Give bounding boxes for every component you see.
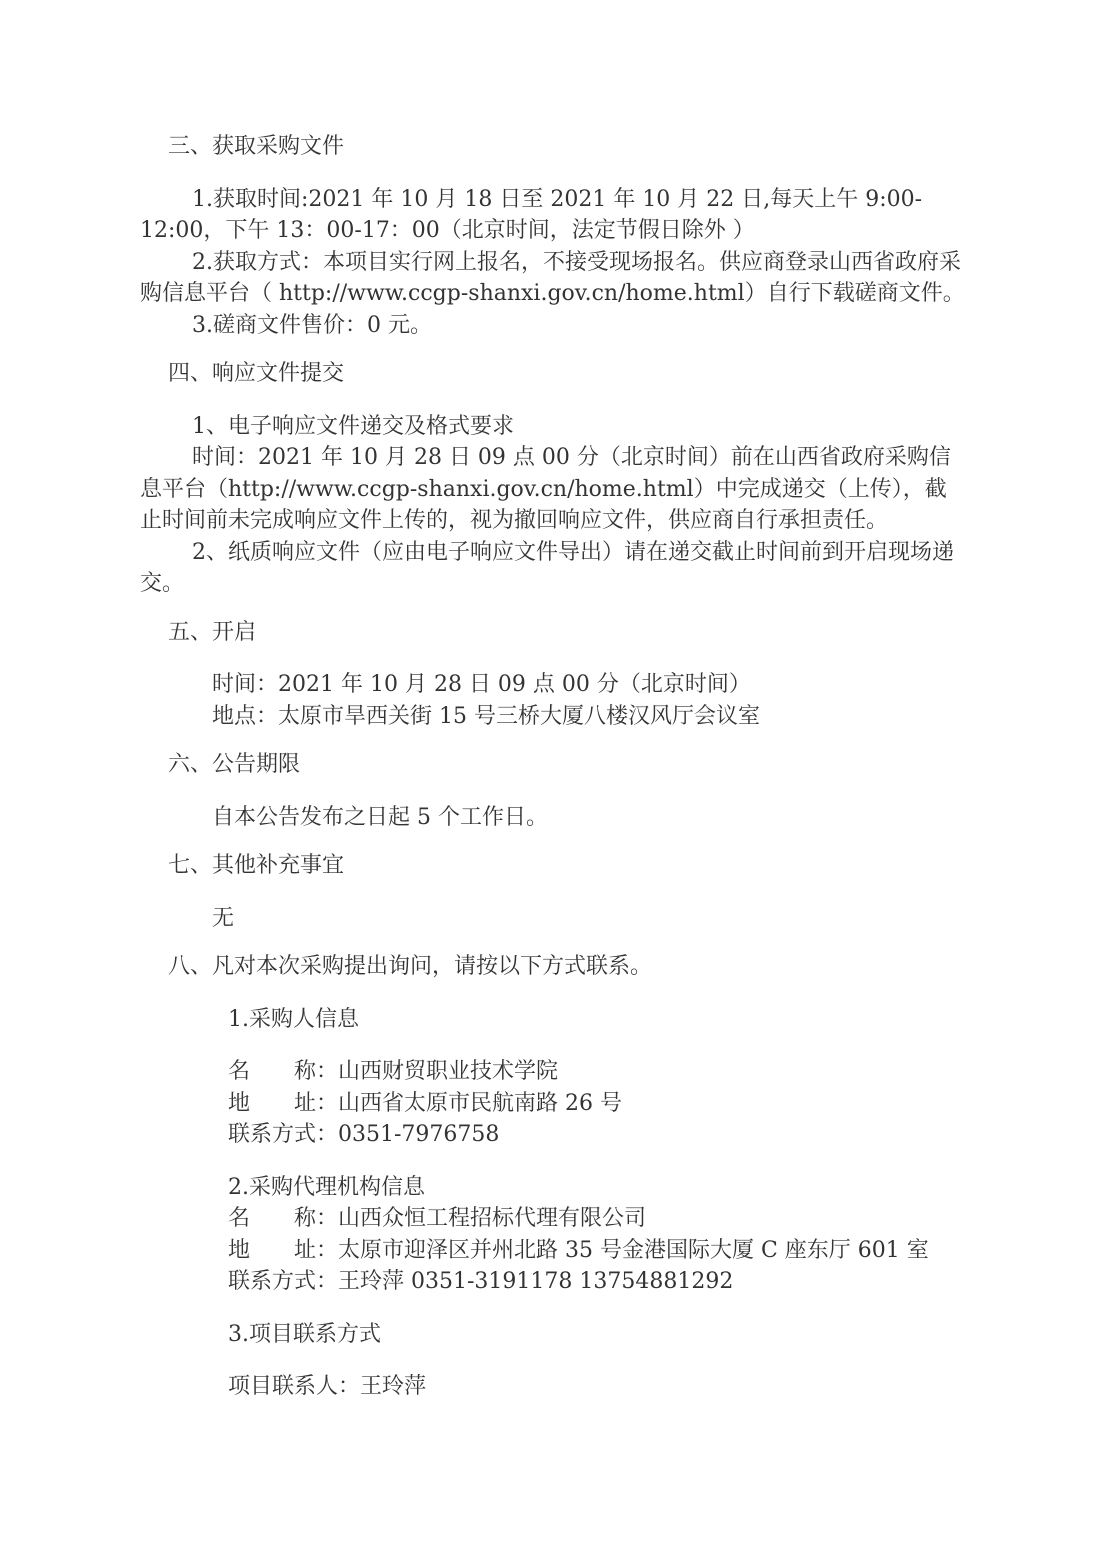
section-heading: 七、其他补充事宜 xyxy=(140,850,968,882)
project-contact-title: 3.项目联系方式 xyxy=(140,1319,968,1351)
project-contact-person: 项目联系人：王玲萍 xyxy=(140,1371,968,1403)
paragraph-paper-response: 2、纸质响应文件（应由电子响应文件导出）请在递交截止时间前到开启现场递交。 xyxy=(140,537,968,600)
paragraph-document-price: 3.磋商文件售价：0 元。 xyxy=(140,310,968,342)
section-heading: 八、凡对本次采购提出询问，请按以下方式联系。 xyxy=(140,951,968,983)
section-contact-info: 八、凡对本次采购提出询问，请按以下方式联系。 1.采购人信息 名 称：山西财贸职… xyxy=(140,951,968,1403)
agency-info-block: 2.采购代理机构信息 名 称：山西众恒工程招标代理有限公司 地 址：太原市迎泽区… xyxy=(140,1172,968,1298)
section-announcement-period: 六、公告期限 自本公告发布之日起 5 个工作日。 xyxy=(140,749,968,833)
purchaser-contact: 联系方式：0351-7976758 xyxy=(140,1119,968,1151)
purchaser-info-title: 1.采购人信息 xyxy=(140,1004,968,1036)
agency-info-title: 2.采购代理机构信息 xyxy=(140,1172,968,1204)
section-heading: 三、获取采购文件 xyxy=(140,131,968,163)
other-matters-text: 无 xyxy=(140,903,968,935)
section-other-matters: 七、其他补充事宜 无 xyxy=(140,850,968,934)
purchaser-info-block: 1.采购人信息 名 称：山西财贸职业技术学院 地 址：山西省太原市民航南路 26… xyxy=(140,1004,968,1151)
section-opening: 五、开启 时间：2021 年 10 月 28 日 09 点 00 分（北京时间）… xyxy=(140,617,968,733)
project-contact-block: 3.项目联系方式 项目联系人：王玲萍 xyxy=(140,1319,968,1403)
procurement-announcement-page: 三、获取采购文件 1.获取时间:2021 年 10 月 18 日至 2021 年… xyxy=(0,0,1102,1559)
announcement-period-text: 自本公告发布之日起 5 个工作日。 xyxy=(140,802,968,834)
section-heading: 五、开启 xyxy=(140,617,968,649)
purchaser-name: 名 称：山西财贸职业技术学院 xyxy=(140,1056,968,1088)
paragraph-obtain-time: 1.获取时间:2021 年 10 月 18 日至 2021 年 10 月 22 … xyxy=(140,184,968,247)
section-heading: 六、公告期限 xyxy=(140,749,968,781)
paragraph-electronic-response-detail: 时间：2021 年 10 月 28 日 09 点 00 分（北京时间）前在山西省… xyxy=(140,442,968,537)
section-response-submission: 四、响应文件提交 1、电子响应文件递交及格式要求 时间：2021 年 10 月 … xyxy=(140,358,968,600)
opening-location: 地点：太原市旱西关街 15 号三桥大厦八楼汉风厅会议室 xyxy=(140,701,968,733)
agency-contact: 联系方式：王玲萍 0351-3191178 13754881292 xyxy=(140,1266,968,1298)
section-obtain-documents: 三、获取采购文件 1.获取时间:2021 年 10 月 18 日至 2021 年… xyxy=(140,131,968,341)
agency-name: 名 称：山西众恒工程招标代理有限公司 xyxy=(140,1203,968,1235)
paragraph-electronic-response-title: 1、电子响应文件递交及格式要求 xyxy=(140,411,968,443)
section-heading: 四、响应文件提交 xyxy=(140,358,968,390)
opening-time: 时间：2021 年 10 月 28 日 09 点 00 分（北京时间） xyxy=(140,669,968,701)
purchaser-address: 地 址：山西省太原市民航南路 26 号 xyxy=(140,1088,968,1120)
agency-address: 地 址：太原市迎泽区并州北路 35 号金港国际大厦 C 座东厅 601 室 xyxy=(140,1235,968,1267)
paragraph-obtain-method: 2.获取方式：本项目实行网上报名，不接受现场报名。供应商登录山西省政府采购信息平… xyxy=(140,247,968,310)
